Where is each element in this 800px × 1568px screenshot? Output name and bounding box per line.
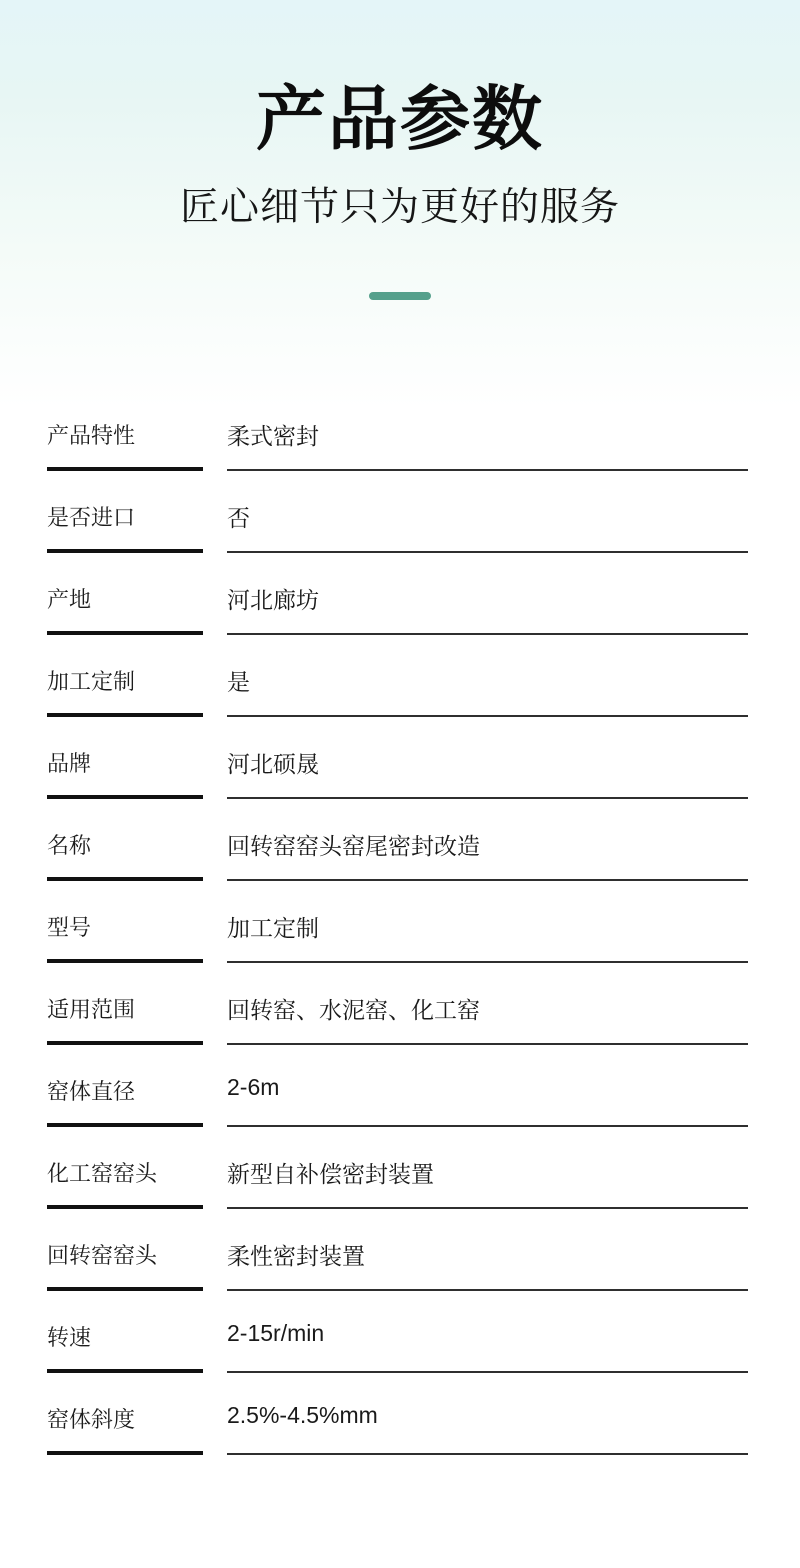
spec-label: 产地 xyxy=(47,553,203,635)
spec-label: 是否进口 xyxy=(47,471,203,553)
spec-label: 窑体直径 xyxy=(47,1045,203,1127)
spec-row: 窑体斜度 2.5%-4.5%mm xyxy=(0,1373,800,1455)
spec-label: 型号 xyxy=(47,881,203,963)
spec-value: 2-6m xyxy=(227,1045,748,1127)
spec-value: 河北廊坊 xyxy=(227,553,748,635)
spec-row: 产地 河北廊坊 xyxy=(0,553,800,635)
accent-divider-bar xyxy=(369,292,431,300)
page-subtitle: 匠心细节只为更好的服务 xyxy=(0,186,800,230)
spec-value: 回转窑、水泥窑、化工窑 xyxy=(227,963,748,1045)
spec-row: 回转窑窑头 柔性密封装置 xyxy=(0,1209,800,1291)
spec-value: 加工定制 xyxy=(227,881,748,963)
spec-row: 加工定制 是 xyxy=(0,635,800,717)
spec-value: 2-15r/min xyxy=(227,1291,748,1373)
spec-row: 转速 2-15r/min xyxy=(0,1291,800,1373)
spec-value: 回转窑窑头窑尾密封改造 xyxy=(227,799,748,881)
spec-label: 窑体斜度 xyxy=(47,1373,203,1455)
spec-value: 否 xyxy=(227,471,748,553)
spec-row: 适用范围 回转窑、水泥窑、化工窑 xyxy=(0,963,800,1045)
spec-value: 柔式密封 xyxy=(227,389,748,471)
page-title: 产品参数 xyxy=(0,82,800,156)
spec-label: 名称 xyxy=(47,799,203,881)
spec-row: 型号 加工定制 xyxy=(0,881,800,963)
spec-label: 产品特性 xyxy=(47,389,203,471)
spec-row: 窑体直径 2-6m xyxy=(0,1045,800,1127)
spec-row: 品牌 河北硕晟 xyxy=(0,717,800,799)
spec-value: 是 xyxy=(227,635,748,717)
spec-label: 回转窑窑头 xyxy=(47,1209,203,1291)
spec-row: 名称 回转窑窑头窑尾密封改造 xyxy=(0,799,800,881)
spec-value: 新型自补偿密封装置 xyxy=(227,1127,748,1209)
product-parameters-page: 产品参数 匠心细节只为更好的服务 产品特性 柔式密封 是否进口 否 产地 河北廊… xyxy=(0,0,800,1455)
spec-table: 产品特性 柔式密封 是否进口 否 产地 河北廊坊 加工定制 是 品牌 河北硕晟 … xyxy=(0,389,800,1455)
spec-label: 品牌 xyxy=(47,717,203,799)
spec-row: 化工窑窑头 新型自补偿密封装置 xyxy=(0,1127,800,1209)
spec-value: 河北硕晟 xyxy=(227,717,748,799)
spec-row: 是否进口 否 xyxy=(0,471,800,553)
spec-value: 柔性密封装置 xyxy=(227,1209,748,1291)
spec-label: 转速 xyxy=(47,1291,203,1373)
hero-section: 产品参数 匠心细节只为更好的服务 xyxy=(0,0,800,300)
spec-label: 适用范围 xyxy=(47,963,203,1045)
spec-label: 化工窑窑头 xyxy=(47,1127,203,1209)
spec-value: 2.5%-4.5%mm xyxy=(227,1373,748,1455)
spec-label: 加工定制 xyxy=(47,635,203,717)
spec-row: 产品特性 柔式密封 xyxy=(0,389,800,471)
